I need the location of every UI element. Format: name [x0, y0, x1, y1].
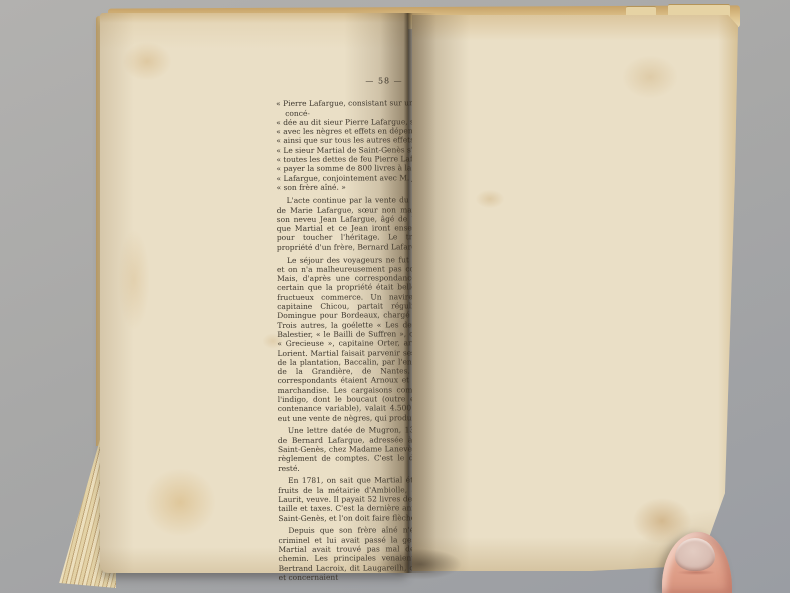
- thumb-crease: [670, 569, 722, 576]
- left-page: — 58 — « Pierre Lafargue, consistant sur…: [100, 13, 408, 573]
- book-photo: — 58 — « Pierre Lafargue, consistant sur…: [0, 0, 790, 593]
- right-page: — 59 — ces fameuses prairies, éternelles…: [412, 15, 738, 571]
- thumb-nail: [675, 538, 715, 571]
